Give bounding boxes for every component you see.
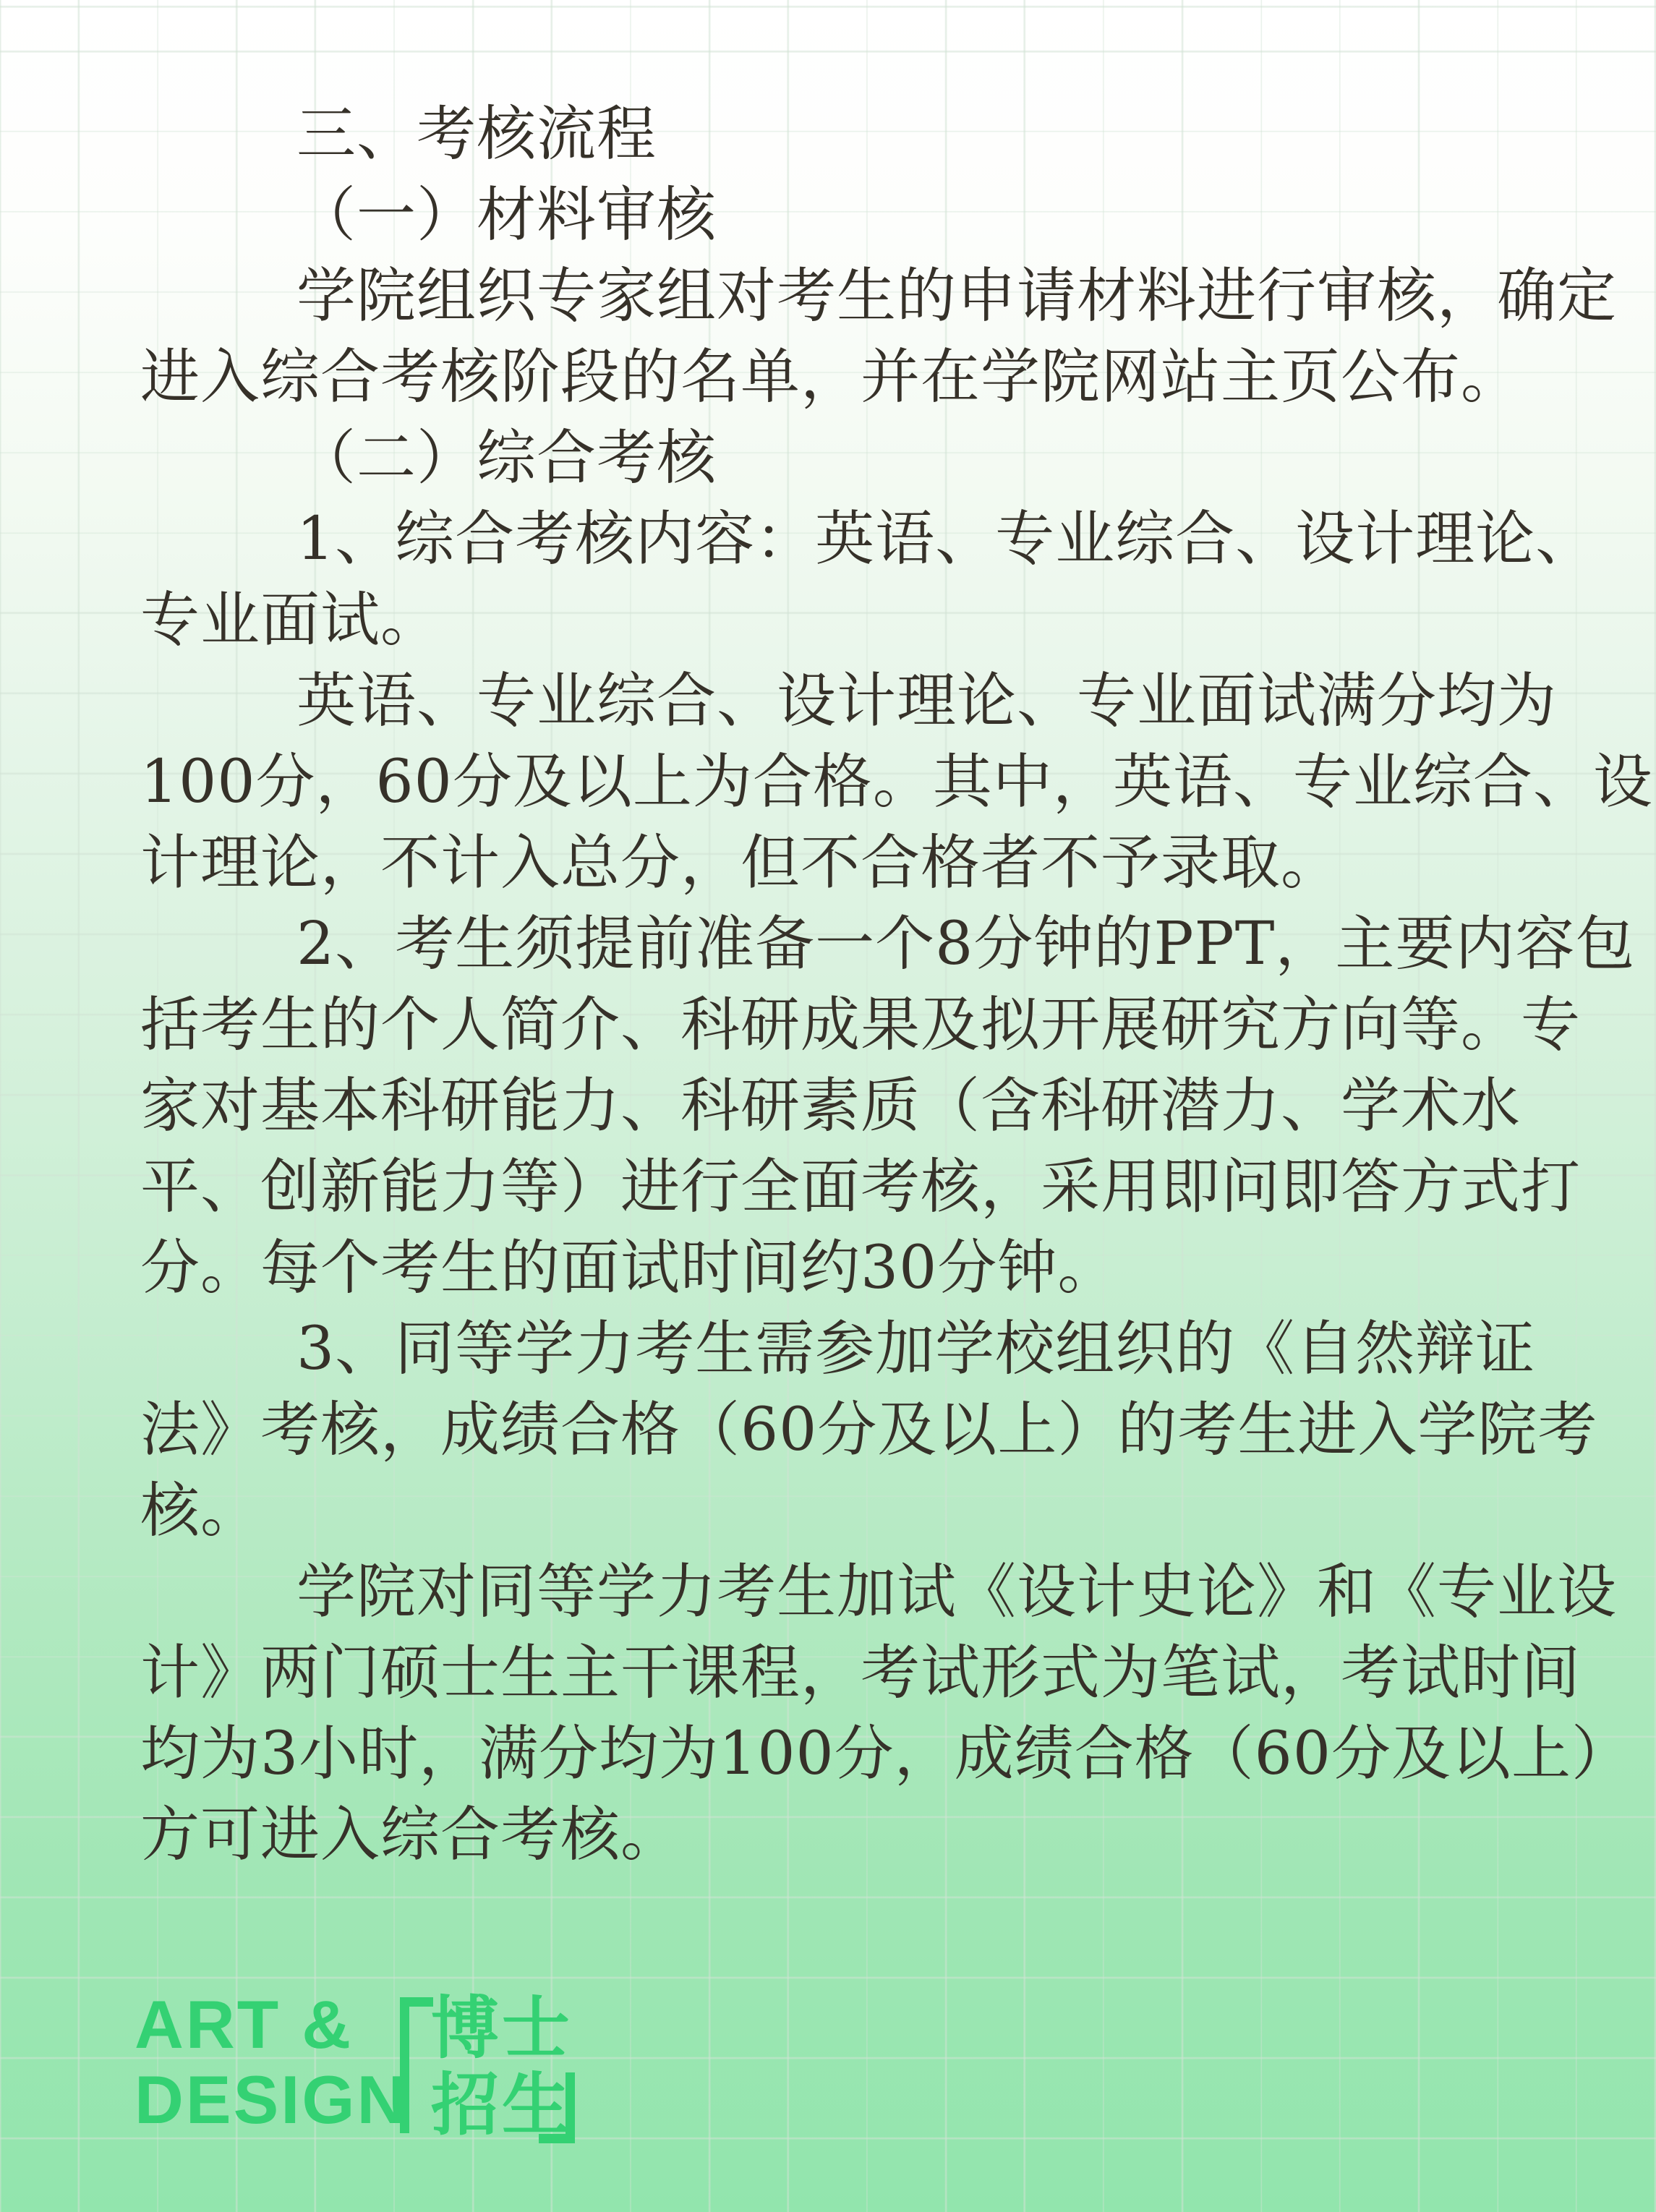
subsection-heading: （二）综合考核 <box>140 418 1569 499</box>
section-heading: 三、考核流程 <box>140 94 1569 175</box>
text-line: 学院对同等学力考生加试《设计史论》和《专业设 <box>140 1552 1569 1633</box>
logo-latin-line2: DESIGN <box>135 2062 408 2138</box>
text-line: 英语、专业综合、设计理论、专业面试满分均为 <box>140 661 1569 742</box>
document-body: 三、考核流程 （一）材料审核 学院组织专家组对考生的申请材料进行审核，确定 进入… <box>140 94 1569 1876</box>
text-line: 法》考核，成绩合格（60分及以上）的考生进入学院考 <box>140 1390 1569 1471</box>
text-line: 3、同等学力考生需参加学校组织的《自然辩证 <box>140 1309 1569 1390</box>
text-line: 学院组织专家组对考生的申请材料进行审核，确定 <box>140 256 1569 337</box>
document-page: 三、考核流程 （一）材料审核 学院组织专家组对考生的申请材料进行审核，确定 进入… <box>0 0 1656 2212</box>
text-line: 计》两门硕士生主干课程，考试形式为笔试，考试时间 <box>140 1633 1569 1714</box>
text-line: 计理论，不计入总分，但不合格者不予录取。 <box>140 823 1569 904</box>
text-line: 核。 <box>140 1471 1569 1552</box>
text-line: 括考生的个人简介、科研成果及拟开展研究方向等。专 <box>140 985 1569 1066</box>
text-line: 分。每个考生的面试时间约30分钟。 <box>140 1228 1569 1309</box>
corner-bracket-open-icon <box>400 1997 433 2133</box>
text-line: 100分，60分及以上为合格。其中，英语、专业综合、设 <box>140 742 1569 823</box>
text-line: 家对基本科研能力、科研素质（含科研潜力、学术水 <box>140 1066 1569 1147</box>
text-line: 平、创新能力等）进行全面考核，采用即问即答方式打 <box>140 1147 1569 1228</box>
art-design-logo-text: ART &DESIGN <box>135 1987 408 2138</box>
text-line: 进入综合考核阶段的名单，并在学院网站主页公布。 <box>140 337 1569 418</box>
text-line: 方可进入综合考核。 <box>140 1795 1569 1876</box>
text-line: 1、综合考核内容：英语、专业综合、设计理论、 <box>140 499 1569 580</box>
text-line: 均为3小时，满分均为100分，成绩合格（60分及以上） <box>140 1714 1569 1795</box>
logo-cjk-line1: 博士 <box>431 1990 573 2066</box>
text-line: 专业面试。 <box>140 580 1569 661</box>
text-line: 2、考生须提前准备一个8分钟的PPT，主要内容包 <box>140 904 1569 985</box>
logo-latin-line1: ART & <box>135 1986 353 2062</box>
subsection-heading: （一）材料审核 <box>140 175 1569 256</box>
corner-bracket-close-icon <box>539 2072 575 2143</box>
